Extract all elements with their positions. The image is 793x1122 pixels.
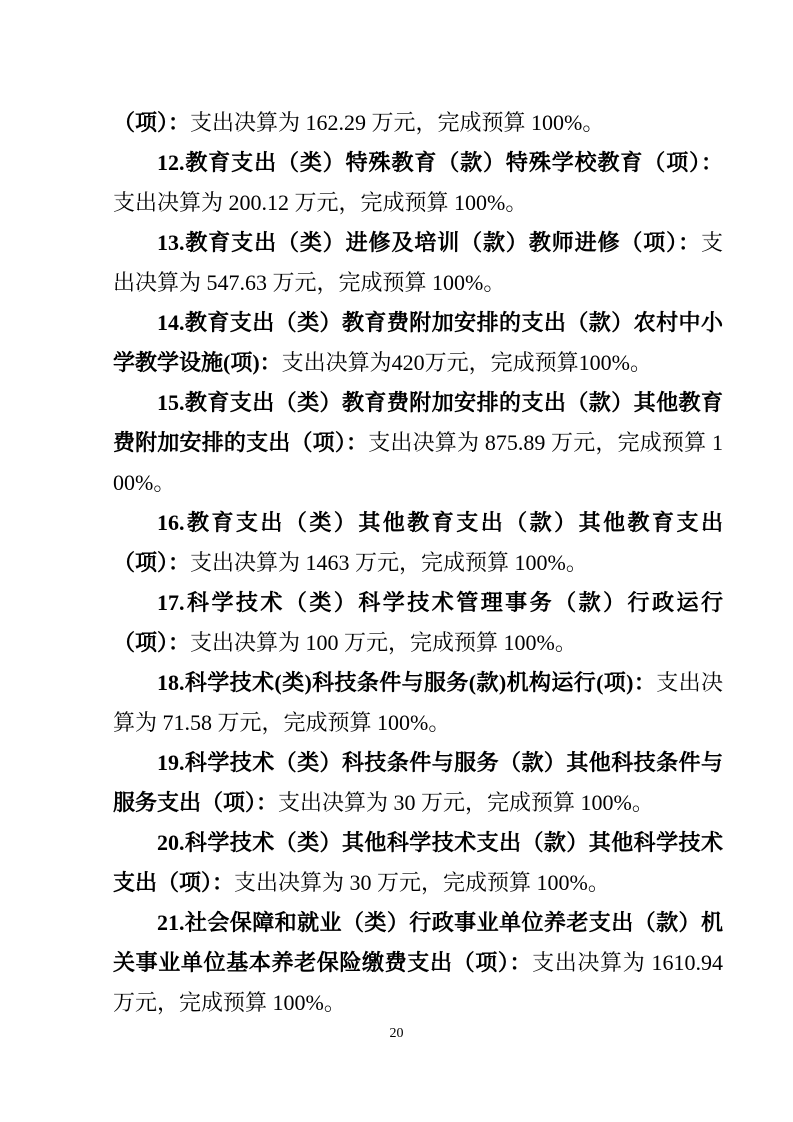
- paragraph-item-11-continuation: （项）：支出决算为 162.29 万元，完成预算 100%。: [113, 103, 723, 143]
- paragraph-item-13: 13.教育支出（类）进修及培训（款）教师进修（项）：支出决算为 547.63 万…: [113, 223, 723, 303]
- paragraph-item-16: 16.教育支出（类）其他教育支出（款）其他教育支出（项）：支出决算为 1463 …: [113, 503, 723, 583]
- paragraph-body: 支出决算为 162.29 万元，完成预算 100%。: [190, 110, 604, 135]
- paragraph-item-15: 15.教育支出（类）教育费附加安排的支出（款）其他教育费附加安排的支出（项）：支…: [113, 383, 723, 503]
- paragraph-label: 13.教育支出（类）进修及培训（款）教师进修（项）：: [157, 230, 701, 255]
- paragraph-item-17: 17.科学技术（类）科学技术管理事务（款）行政运行（项）：支出决算为 100 万…: [113, 583, 723, 663]
- paragraph-item-19: 19.科学技术（类）科技条件与服务（款）其他科技条件与服务支出（项）：支出决算为…: [113, 743, 723, 823]
- paragraph-body: 支出决算为 30 万元，完成预算 100%。: [234, 870, 610, 895]
- document-body: （项）：支出决算为 162.29 万元，完成预算 100%。 12.教育支出（类…: [113, 103, 723, 1023]
- paragraph-label: （项）：: [113, 110, 190, 135]
- paragraph-item-18: 18.科学技术(类)科技条件与服务(款)机构运行(项)：支出决算为 71.58 …: [113, 663, 723, 743]
- paragraph-label: 18.科学技术(类)科技条件与服务(款)机构运行(项)：: [157, 670, 656, 695]
- paragraph-item-14: 14.教育支出（类）教育费附加安排的支出（款）农村中小学教学设施(项)：支出决算…: [113, 303, 723, 383]
- paragraph-body: 支出决算为 1463 万元，完成预算 100%。: [190, 550, 588, 575]
- paragraph-item-20: 20.科学技术（类）其他科学技术支出（款）其他科学技术支出（项）：支出决算为 3…: [113, 823, 723, 903]
- paragraph-body: 支出决算为 30 万元，完成预算 100%。: [278, 790, 654, 815]
- page-footer: 20: [0, 1024, 793, 1044]
- paragraph-item-21: 21.社会保障和就业（类）行政事业单位养老支出（款）机关事业单位基本养老保险缴费…: [113, 903, 723, 1023]
- paragraph-body: 支出决算为 100 万元，完成预算 100%。: [190, 630, 577, 655]
- paragraph-label: 12.教育支出（类）特殊教育（款）特殊学校教育（项）：: [157, 150, 723, 175]
- page-number: 20: [390, 1026, 404, 1041]
- paragraph-item-12: 12.教育支出（类）特殊教育（款）特殊学校教育（项）：支出决算为 200.12 …: [113, 143, 723, 223]
- paragraph-body: 支出决算为 200.12 万元，完成预算 100%。: [113, 190, 527, 215]
- paragraph-body: 支出决算为420万元，完成预算100%。: [282, 350, 652, 375]
- document-page: （项）：支出决算为 162.29 万元，完成预算 100%。 12.教育支出（类…: [0, 0, 793, 1122]
